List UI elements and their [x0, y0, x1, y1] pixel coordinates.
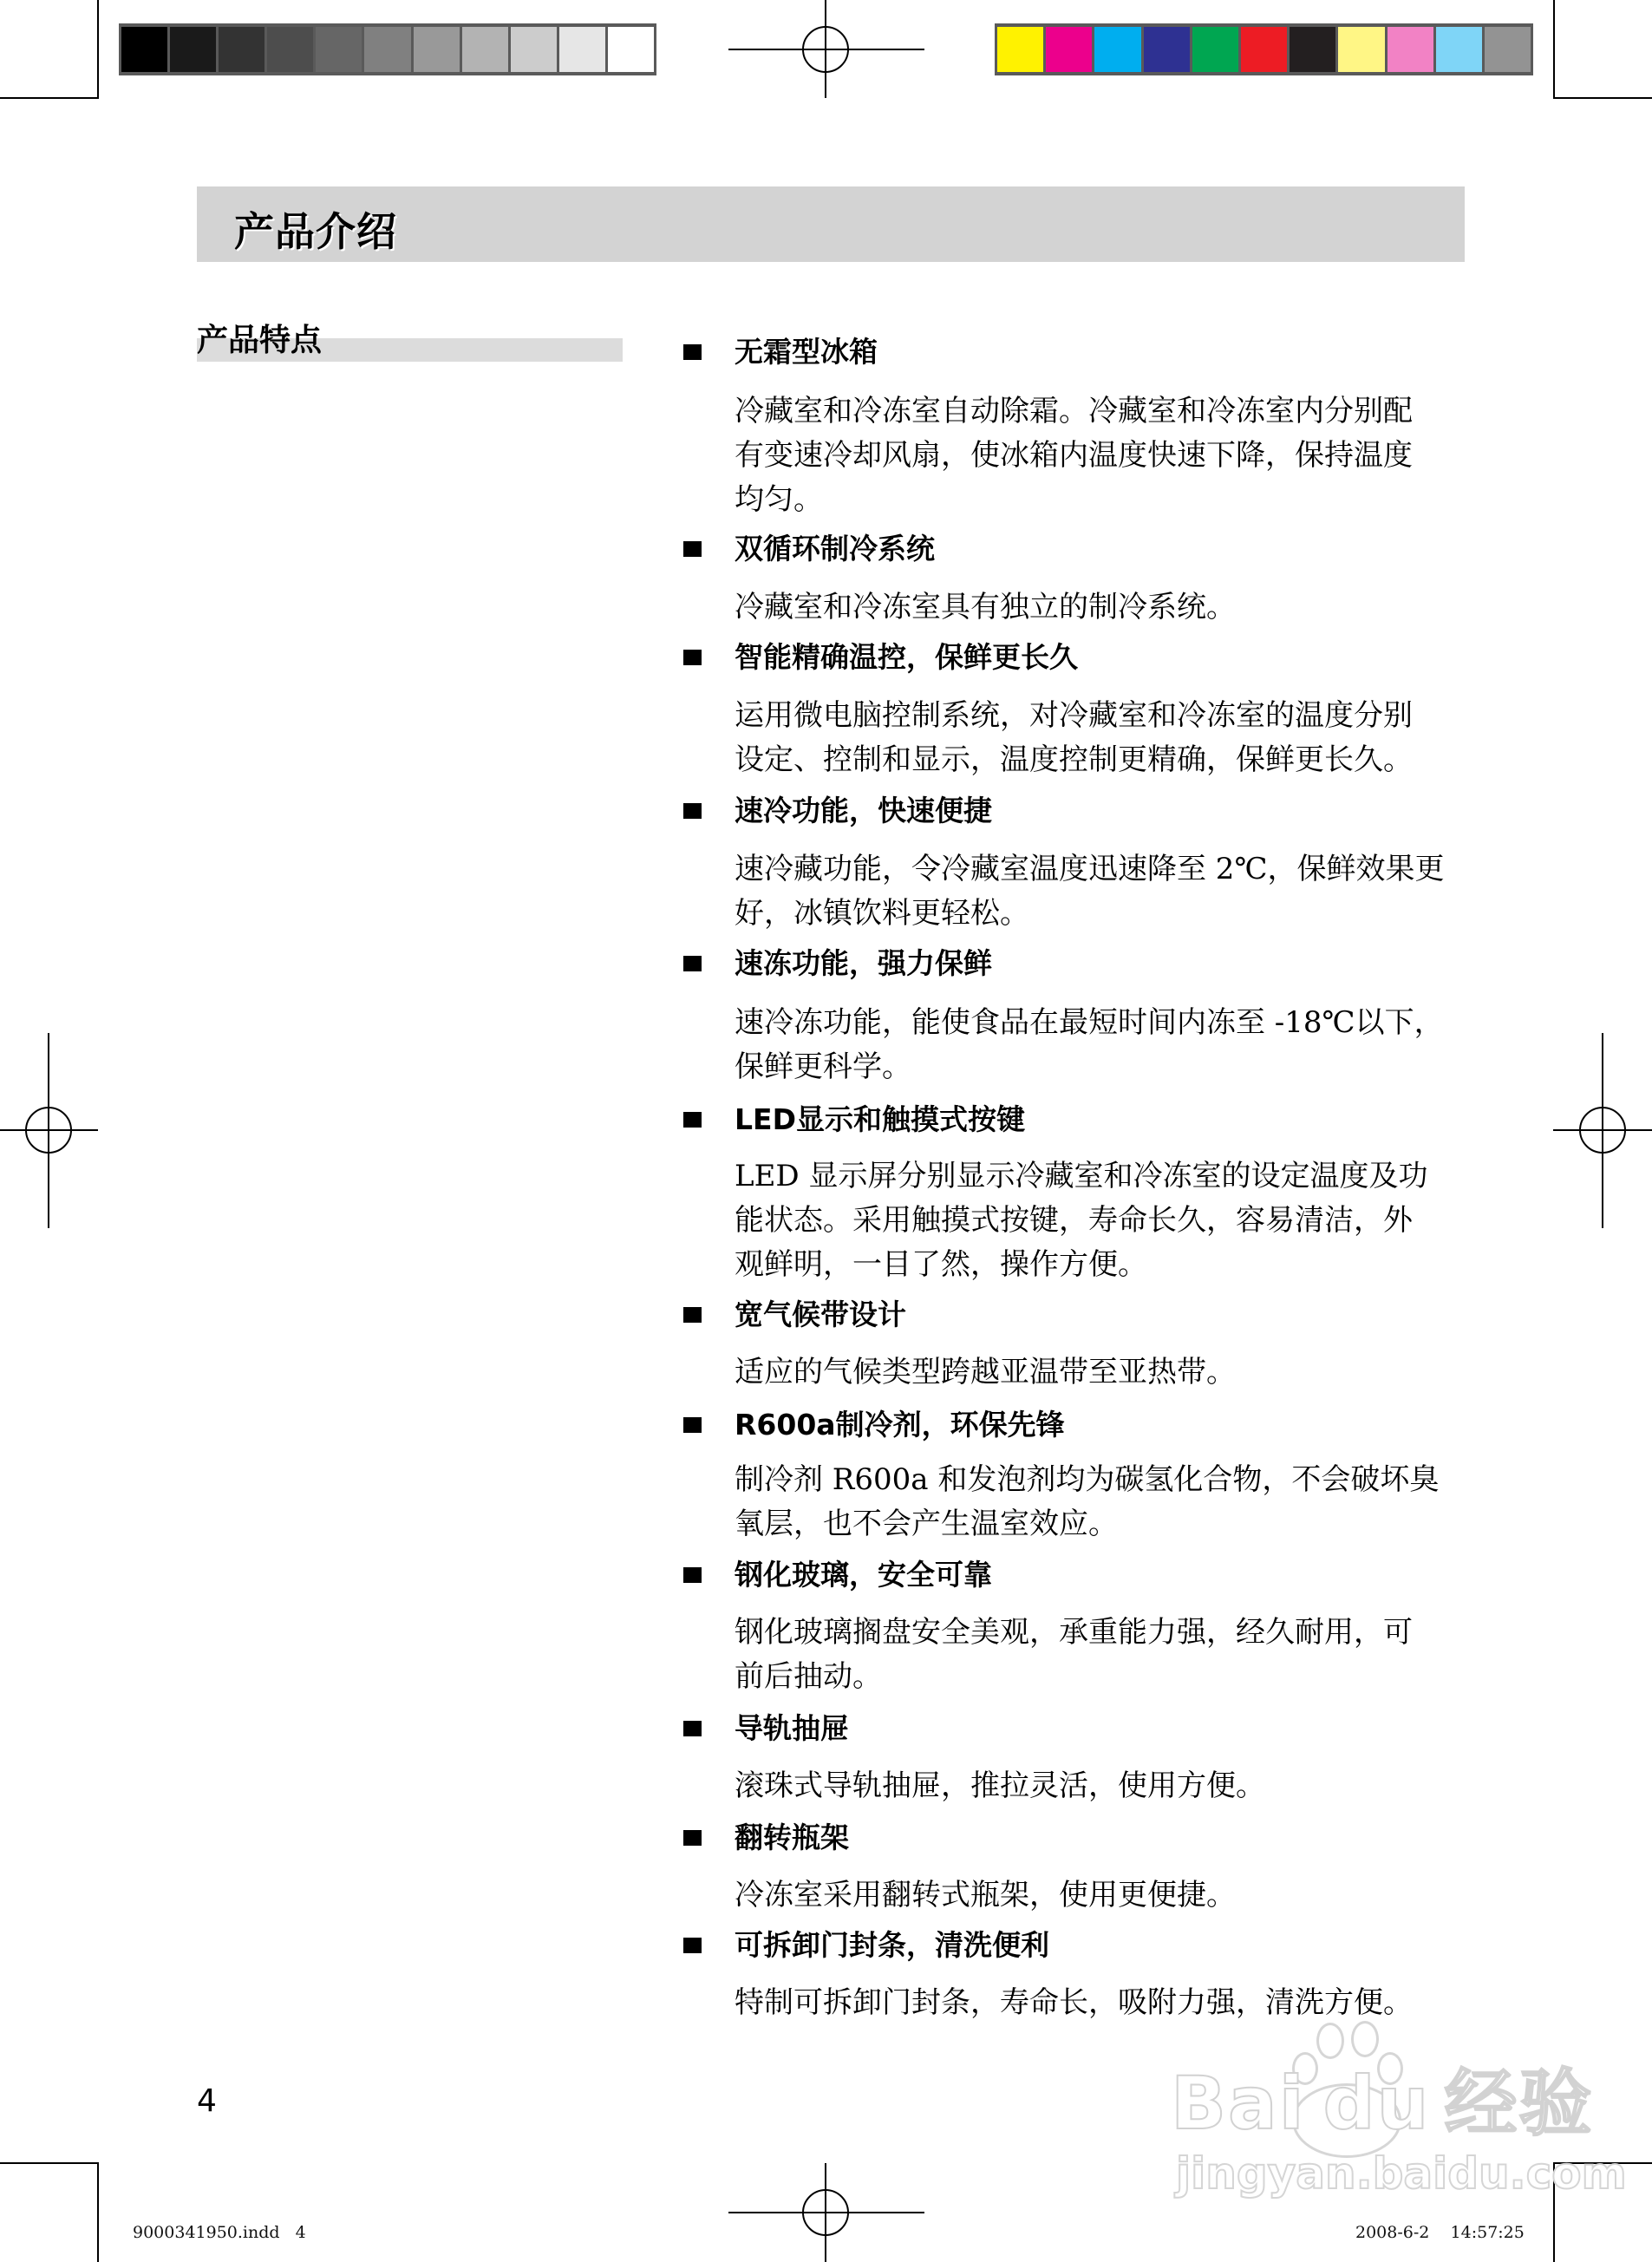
description-line: 设定、控制和显示，温度控制更精确，保鲜更长久。 — [735, 738, 1472, 782]
feature-description: 钢化玻璃搁盘安全美观，承重能力强，经久耐用，可前后抽动。 — [735, 1611, 1472, 1699]
section-header-bar: 产品介绍 — [197, 186, 1465, 262]
crop-mark-bottom-left — [97, 2162, 99, 2262]
feature-title: 智能精确温控，保鲜更长久 — [735, 639, 1078, 676]
gray-swatch — [170, 27, 216, 72]
square-bullet-icon — [683, 1417, 702, 1433]
description-line: 适应的气候类型跨越亚温带至亚热带。 — [735, 1350, 1472, 1395]
color-swatch — [1094, 27, 1140, 72]
square-bullet-icon — [683, 803, 702, 819]
watermark-brand: Baidu经验 — [1171, 2064, 1593, 2142]
crop-mark-top-right-h — [1553, 97, 1652, 99]
square-bullet-icon — [683, 1721, 702, 1736]
description-line: 冷藏室和冷冻室自动除霜。冷藏室和冷冻室内分别配 — [735, 389, 1472, 434]
square-bullet-icon — [683, 650, 702, 665]
baidu-watermark: Baidu经验 jingyan.baidu.com — [1171, 2021, 1544, 2203]
color-swatch — [1144, 27, 1190, 72]
description-line: 运用微电脑控制系统，对冷藏室和冷冻室的温度分别 — [735, 694, 1472, 738]
square-bullet-icon — [683, 1567, 702, 1583]
square-bullet-icon — [683, 344, 702, 360]
feature-description: 冷藏室和冷冻室自动除霜。冷藏室和冷冻室内分别配有变速冷却风扇，使冰箱内温度快速下… — [735, 389, 1472, 522]
gray-swatch — [414, 27, 460, 72]
gray-swatch — [559, 27, 605, 72]
square-bullet-icon — [683, 541, 702, 557]
square-bullet-icon — [683, 956, 702, 971]
description-line: 制冷剂 R600a 和发泡剂均为碳氢化合物，不会破坏臭 — [735, 1458, 1472, 1502]
feature-description: 冷冻室采用翻转式瓶架，使用更便捷。 — [735, 1873, 1472, 1918]
footer-timestamp: 2008-6-2 14:57:25 — [1355, 2222, 1525, 2243]
feature-description: 特制可拆卸门封条，寿命长，吸附力强，清洗方便。 — [735, 1981, 1472, 2025]
crop-mark-bottom-left-h — [0, 2162, 99, 2164]
description-line: 保鲜更科学。 — [735, 1045, 1472, 1089]
crop-mark-top-left-h — [0, 97, 99, 99]
feature-description: 运用微电脑控制系统，对冷藏室和冷冻室的温度分别设定、控制和显示，温度控制更精确，… — [735, 694, 1472, 782]
color-swatch — [997, 27, 1043, 72]
watermark-url: jingyan.baidu.com — [1176, 2149, 1627, 2198]
feature-description: 制冷剂 R600a 和发泡剂均为碳氢化合物，不会破坏臭氧层，也不会产生温室效应。 — [735, 1458, 1472, 1546]
feature-title: 双循环制冷系统 — [735, 531, 935, 567]
feature-title: 导轨抽屉 — [735, 1710, 849, 1747]
feature-title: 无霜型冰箱 — [735, 334, 878, 370]
feature-title: LED显示和触摸式按键 — [735, 1102, 1025, 1138]
description-line: 冷冻室采用翻转式瓶架，使用更便捷。 — [735, 1873, 1472, 1918]
description-line: 特制可拆卸门封条，寿命长，吸附力强，清洗方便。 — [735, 1981, 1472, 2025]
gray-swatch — [267, 27, 313, 72]
description-line: 能状态。采用触摸式按键，寿命长久，容易清洁，外 — [735, 1199, 1472, 1243]
description-line: 滚珠式导轨抽屉，推拉灵活，使用方便。 — [735, 1764, 1472, 1808]
color-swatch — [1485, 27, 1531, 72]
gray-swatch — [511, 27, 557, 72]
crop-mark-top-left — [97, 0, 99, 98]
feature-title: 宽气候带设计 — [735, 1297, 906, 1333]
color-swatch — [1046, 27, 1092, 72]
paw-toe-icon — [1351, 2021, 1379, 2057]
feature-title: 速冷功能，快速便捷 — [735, 793, 992, 829]
color-swatch — [1436, 27, 1482, 72]
gray-swatch — [121, 27, 167, 72]
crop-mark-top-right — [1553, 0, 1555, 98]
description-line: 速冷藏功能，令冷藏室温度迅速降至 2℃，保鲜效果更 — [735, 847, 1472, 892]
description-line: 有变速冷却风扇，使冰箱内温度快速下降，保持温度 — [735, 434, 1472, 478]
color-swatch — [1241, 27, 1287, 72]
color-calibration-strip — [995, 23, 1533, 75]
feature-title: 翻转瓶架 — [735, 1820, 849, 1856]
gray-swatch — [316, 27, 362, 72]
description-line: 冷藏室和冷冻室具有独立的制冷系统。 — [735, 585, 1472, 630]
paw-toe-icon — [1316, 2023, 1344, 2059]
description-line: 氧层，也不会产生温室效应。 — [735, 1502, 1472, 1546]
page-number: 4 — [197, 2084, 217, 2119]
description-line: 均匀。 — [735, 478, 1472, 522]
square-bullet-icon — [683, 1938, 702, 1953]
description-line: LED 显示屏分别显示冷藏室和冷冻室的设定温度及功 — [735, 1154, 1472, 1199]
gray-swatch — [462, 27, 508, 72]
page-title: 产品介绍 — [234, 200, 397, 258]
feature-description: LED 显示屏分别显示冷藏室和冷冻室的设定温度及功能状态。采用触摸式按键，寿命长… — [735, 1154, 1472, 1287]
color-swatch — [1338, 27, 1384, 72]
subsection-label: 产品特点 — [197, 321, 322, 361]
square-bullet-icon — [683, 1112, 702, 1128]
feature-description: 速冷藏功能，令冷藏室温度迅速降至 2℃，保鲜效果更好，冰镇饮料更轻松。 — [735, 847, 1472, 936]
feature-description: 滚珠式导轨抽屉，推拉灵活，使用方便。 — [735, 1764, 1472, 1808]
feature-description: 速冷冻功能，能使食品在最短时间内冻至 -18℃以下，保鲜更科学。 — [735, 1001, 1472, 1089]
description-line: 速冷冻功能，能使食品在最短时间内冻至 -18℃以下， — [735, 1001, 1472, 1045]
gray-swatch — [364, 27, 410, 72]
color-swatch — [1388, 27, 1433, 72]
feature-title: 速冻功能，强力保鲜 — [735, 945, 992, 982]
description-line: 好，冰镇饮料更轻松。 — [735, 892, 1472, 936]
gray-swatch — [219, 27, 264, 72]
gray-swatch — [608, 27, 654, 72]
footer-file-info: 9000341950.indd 4 — [133, 2222, 306, 2243]
description-line: 前后抽动。 — [735, 1655, 1472, 1699]
description-line: 钢化玻璃搁盘安全美观，承重能力强，经久耐用，可 — [735, 1611, 1472, 1655]
color-swatch — [1192, 27, 1238, 72]
description-line: 观鲜明，一目了然，操作方便。 — [735, 1243, 1472, 1287]
square-bullet-icon — [683, 1307, 702, 1323]
color-swatch — [1290, 27, 1335, 72]
feature-description: 适应的气候类型跨越亚温带至亚热带。 — [735, 1350, 1472, 1395]
feature-title: R600a制冷剂，环保先锋 — [735, 1407, 1065, 1443]
feature-description: 冷藏室和冷冻室具有独立的制冷系统。 — [735, 585, 1472, 630]
feature-title: 钢化玻璃，安全可靠 — [735, 1557, 992, 1593]
feature-title: 可拆卸门封条，清洗便利 — [735, 1927, 1049, 1964]
square-bullet-icon — [683, 1830, 702, 1846]
grayscale-calibration-strip — [119, 23, 656, 75]
